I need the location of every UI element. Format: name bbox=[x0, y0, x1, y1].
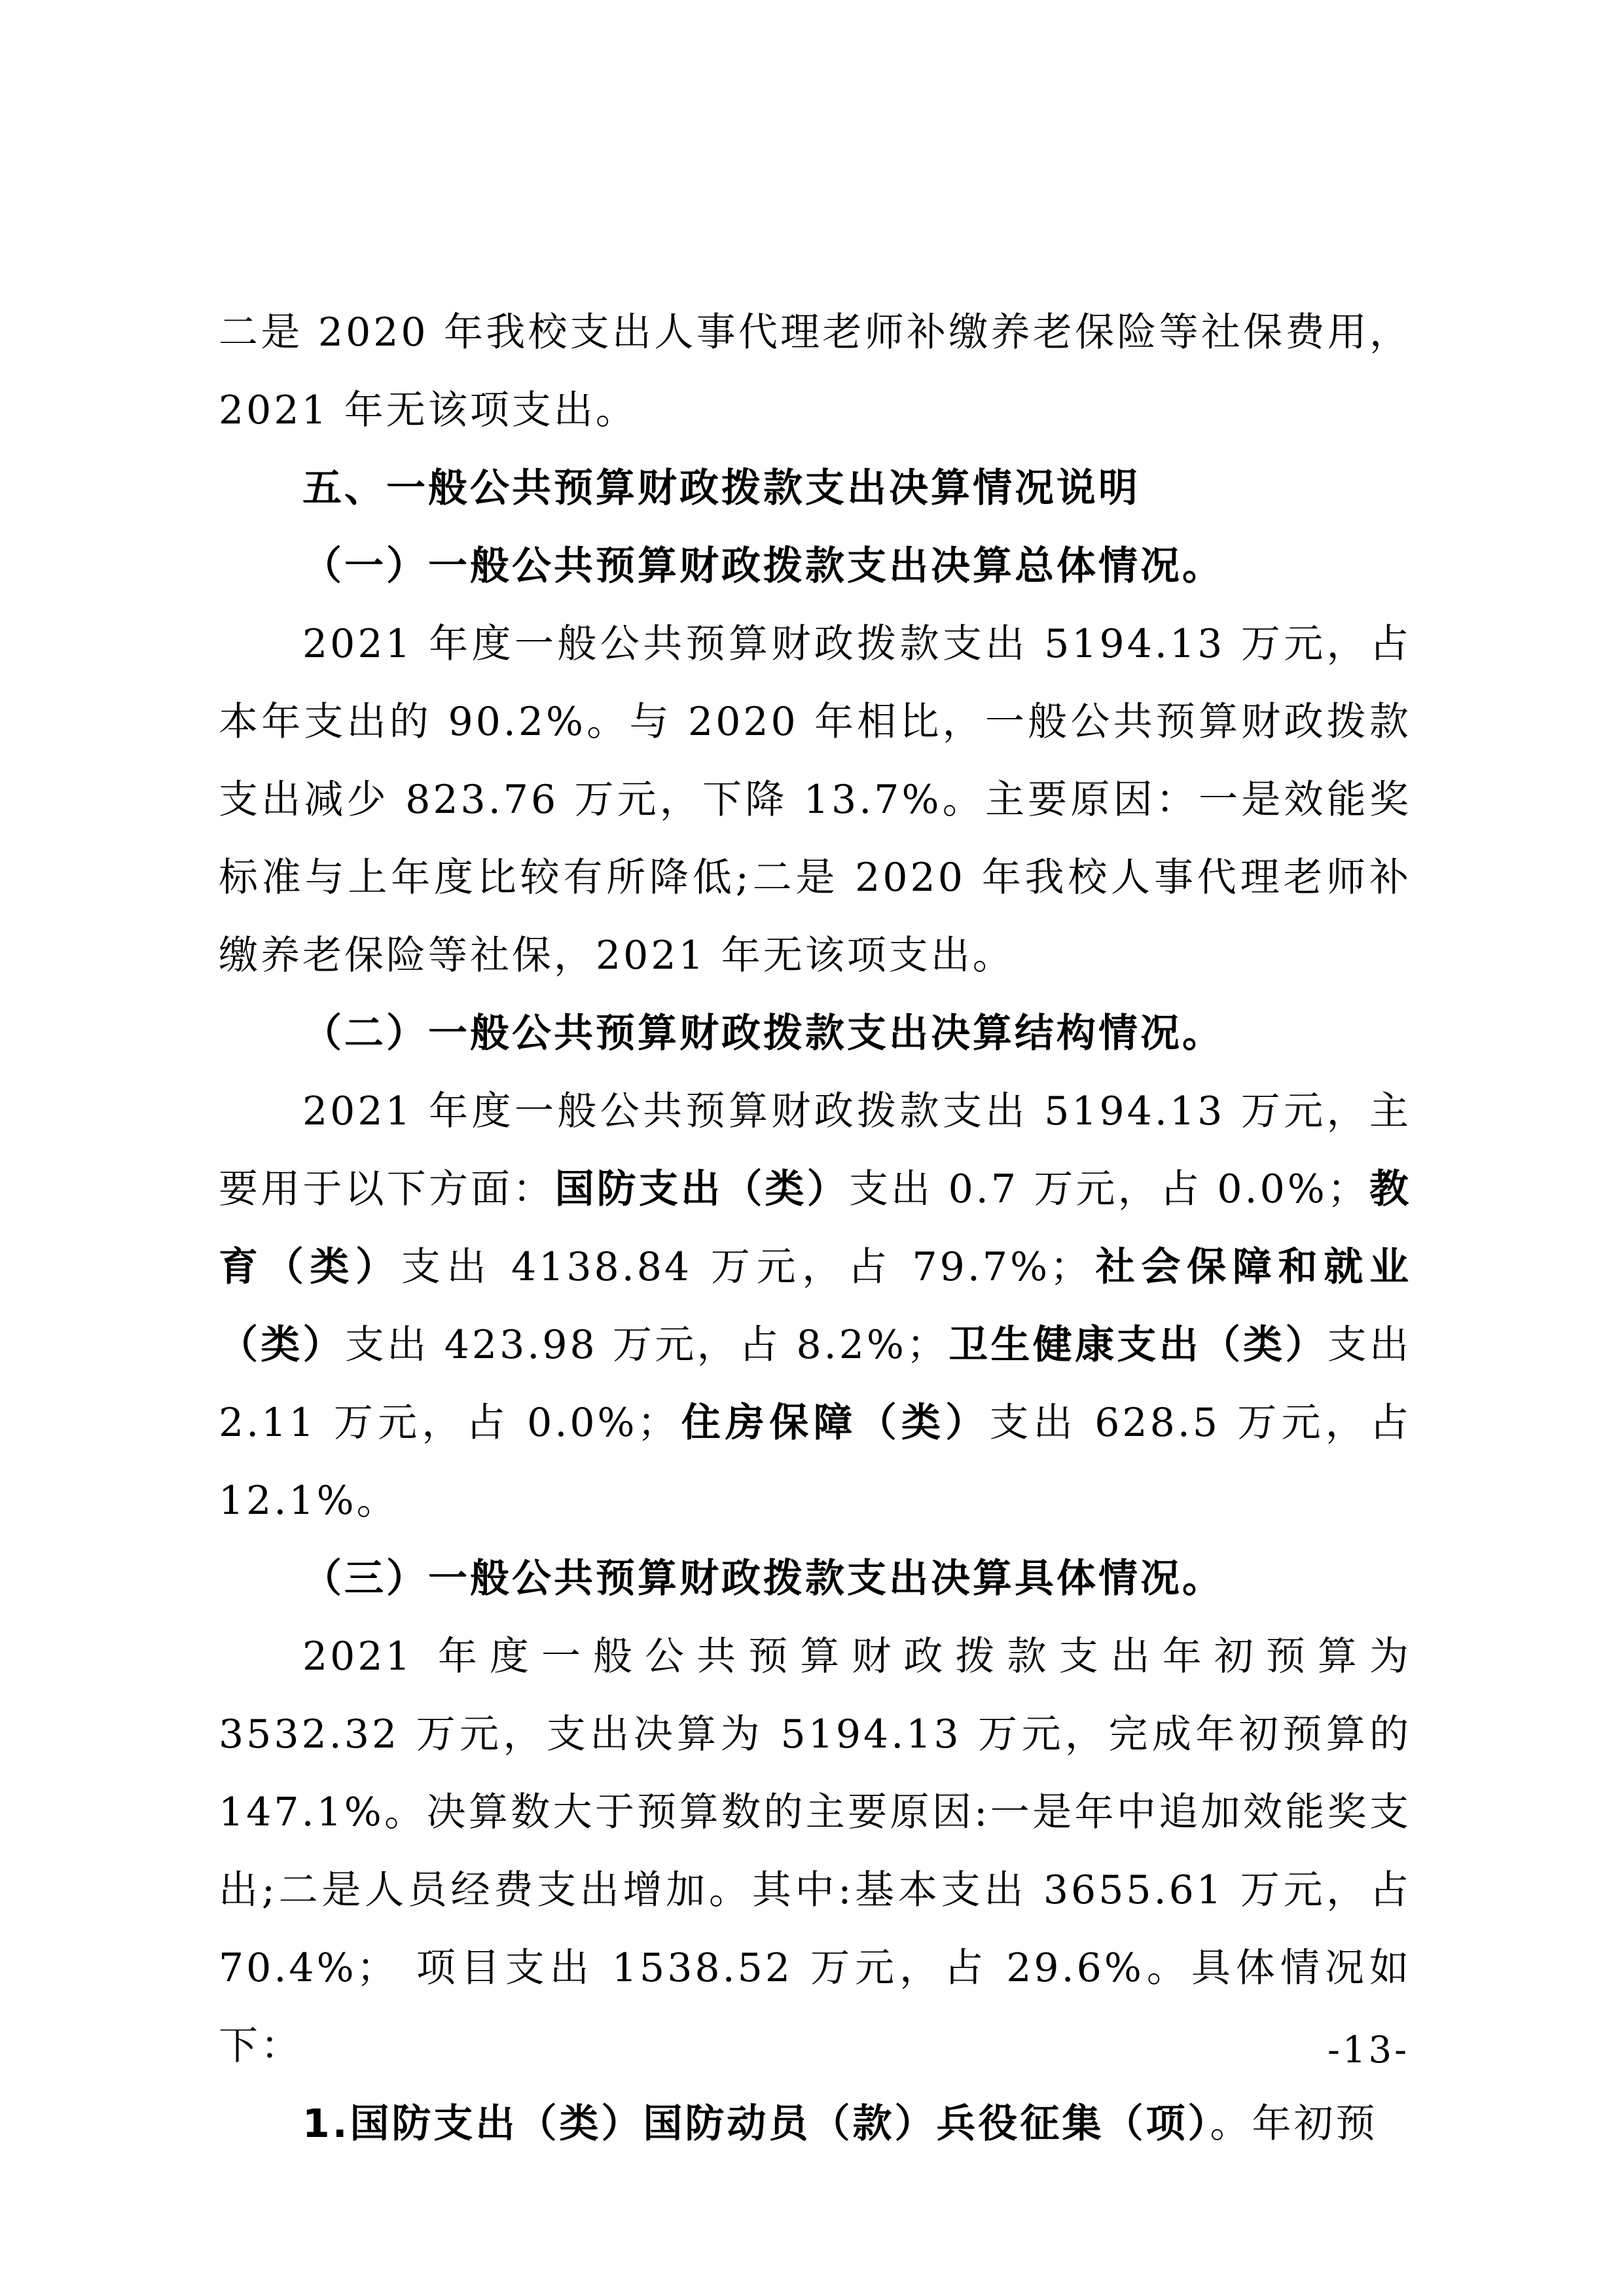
text-run: 支出 423.98 万元，占 8.2%； bbox=[345, 1322, 948, 1368]
category-housing: 住房保障（类） bbox=[679, 1400, 990, 1446]
paragraph-specific-situation: 2021 年度一般公共预算财政拨款支出年初预算为 3532.32 万元，支出决算… bbox=[219, 1618, 1411, 2085]
text-run: 支出 0.7 万元，占 0.0%； bbox=[849, 1166, 1369, 1212]
page-number: -13- bbox=[1327, 2026, 1409, 2075]
paragraph-continuation: 二是 2020 年我校支出人事代理老师补缴养老保险等社保费用，2021 年无该项… bbox=[219, 294, 1411, 450]
document-body: 二是 2020 年我校支出人事代理老师补缴养老保险等社保费用，2021 年无该项… bbox=[219, 294, 1411, 2163]
text-run: 支出 4138.84 万元，占 79.7%； bbox=[401, 1244, 1092, 1290]
paragraph-structure-situation: 2021 年度一般公共预算财政拨款支出 5194.13 万元，主要用于以下方面：… bbox=[219, 1073, 1411, 1540]
category-national-defense: 国防支出（类） bbox=[555, 1166, 849, 1212]
subsection-heading-one: （一）一般公共预算财政拨款支出决算总体情况。 bbox=[219, 528, 1411, 605]
category-health: 卫生健康支出（类） bbox=[948, 1322, 1327, 1368]
item-1-title: 1.国防支出（类）国防动员（款）兵役征集（项） bbox=[302, 2101, 1210, 2147]
section-heading-five: 五、一般公共预算财政拨款支出决算情况说明 bbox=[219, 450, 1411, 528]
paragraph-overall-situation: 2021 年度一般公共预算财政拨款支出 5194.13 万元，占本年支出的 90… bbox=[219, 605, 1411, 995]
subsection-heading-three: （三）一般公共预算财政拨款支出决算具体情况。 bbox=[219, 1540, 1411, 1618]
text-run: 。年初预 bbox=[1210, 2101, 1378, 2147]
document-page: 二是 2020 年我校支出人事代理老师补缴养老保险等社保费用，2021 年无该项… bbox=[0, 0, 1624, 2296]
paragraph-item-1-national-defense: 1.国防支出（类）国防动员（款）兵役征集（项）。年初预 bbox=[219, 2085, 1411, 2163]
subsection-heading-two: （二）一般公共预算财政拨款支出决算结构情况。 bbox=[219, 995, 1411, 1073]
